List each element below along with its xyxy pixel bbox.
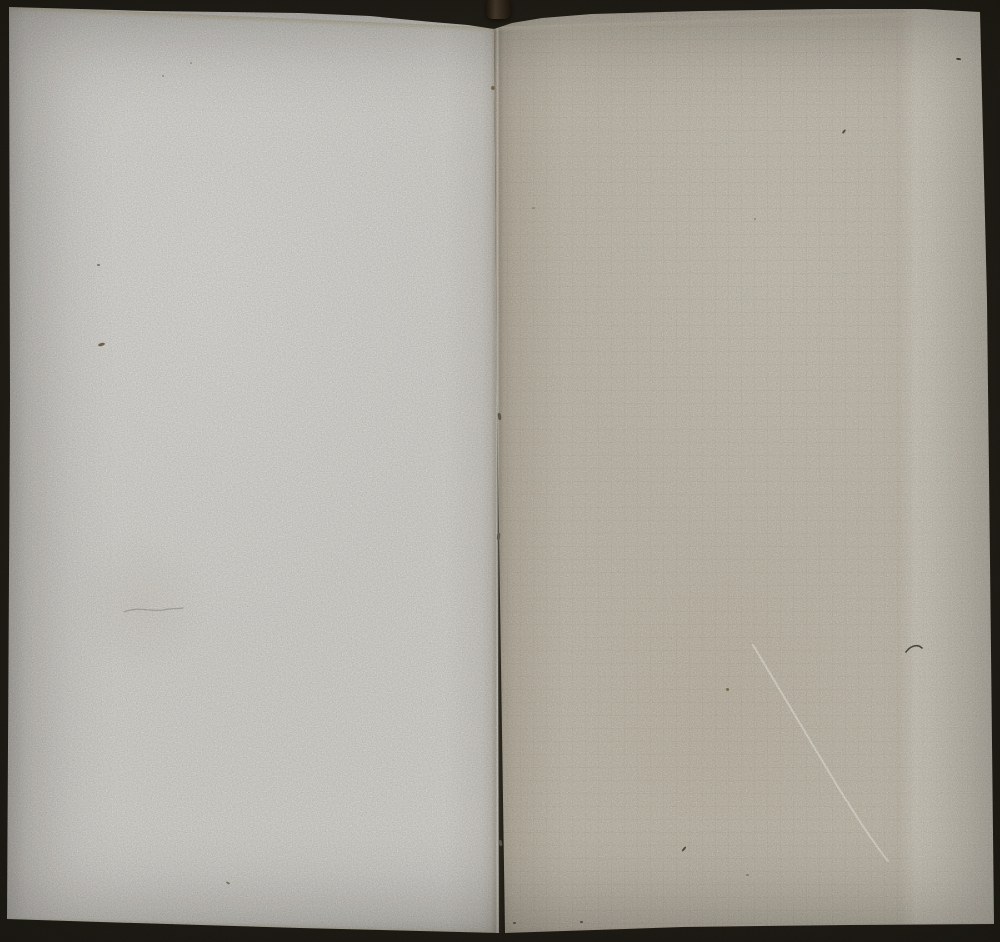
left-page-bottom-edge (0, 915, 500, 936)
fore-edge-strip (900, 0, 1000, 942)
left-page (0, 0, 500, 942)
left-page-top-edge (4, 6, 500, 34)
book-spine (486, 0, 511, 19)
page-gutter (491, 28, 504, 933)
right-page (494, 0, 1000, 942)
book-photo (0, 0, 1000, 942)
